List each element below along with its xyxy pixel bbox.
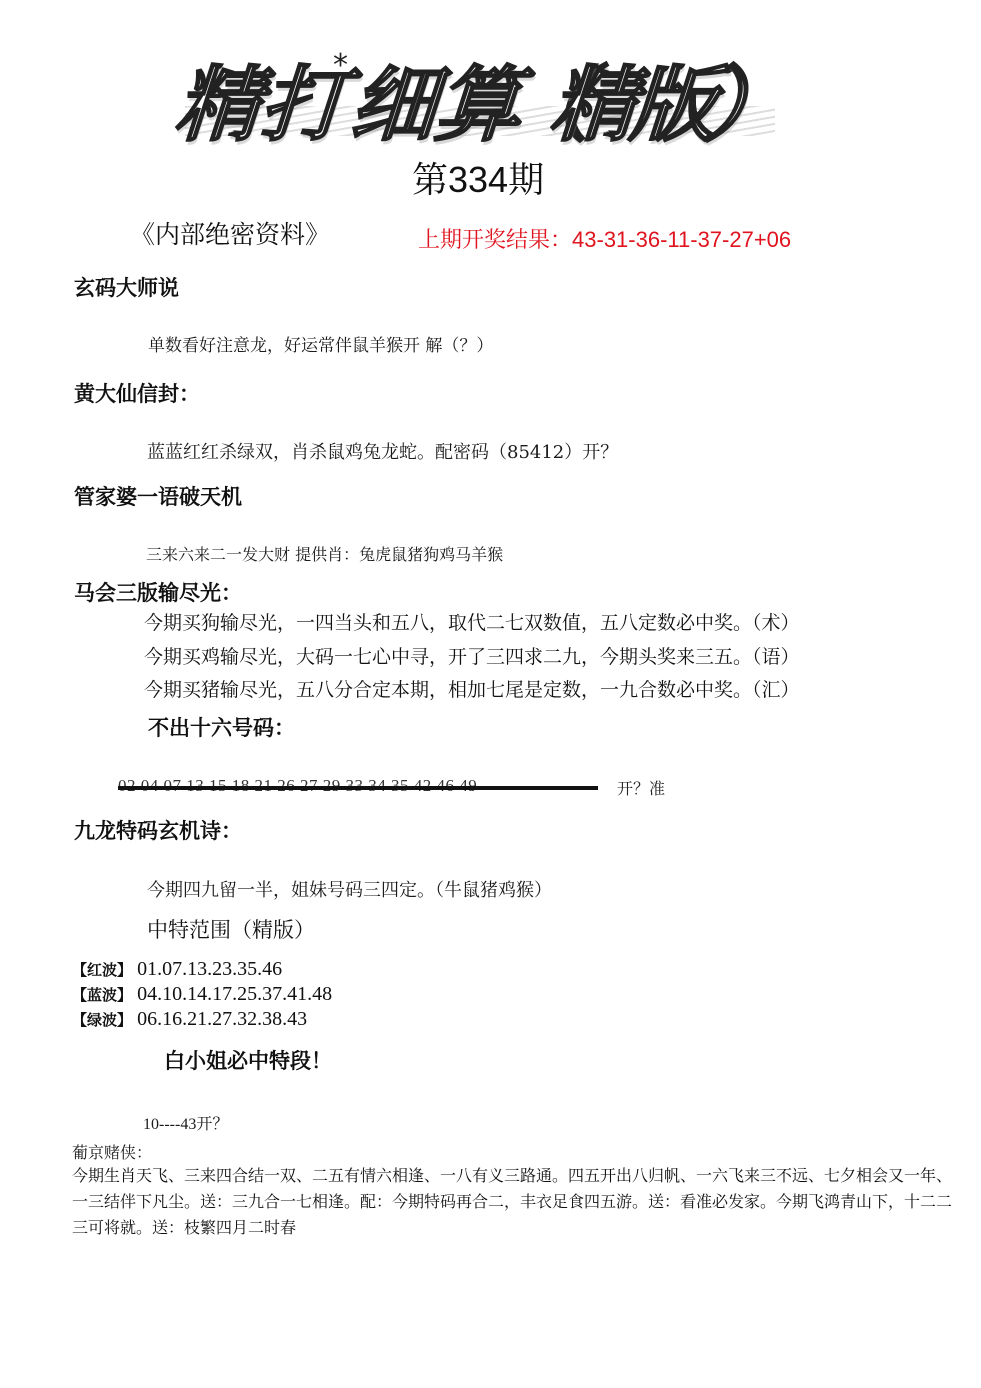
section-heading-zhongte: 中特范围（精版）: [147, 914, 315, 944]
strikethrough-line: [118, 786, 598, 790]
section-text-guanjiapo: 三来六来二一发大财 提供肖：兔虎鼠猪狗鸡马羊猴: [146, 542, 503, 565]
section-text-pujing: 今期生肖天飞、三来四合结一双、二五有情六相逢、一八有义三路通。四五开出八归帆、一…: [72, 1163, 962, 1241]
wave-row-green: 【绿波】 06.16.21.27.32.38.43: [72, 1008, 307, 1031]
subtitle: 《内部绝密资料》: [130, 215, 330, 251]
mahui-line: 今期买鸡输尽光，大码一七心中寻，开了三四求二九，今期头奖来三五。（语）: [144, 642, 800, 669]
section-heading-baixiaojie: 白小姐必中特段！: [164, 1045, 332, 1075]
section-heading-guanjiapo: 管家婆一语破天机: [74, 481, 242, 511]
last-result-numbers: 43-31-36-11-37-27+06: [572, 227, 791, 252]
wave-label: 【红波】: [72, 961, 132, 979]
last-result-label: 上期开奖结果：: [418, 227, 572, 252]
section-heading-jiulong: 九龙特码玄机诗：: [74, 815, 242, 845]
wave-row-blue: 【蓝波】 04.10.14.17.25.37.41.48: [72, 983, 332, 1006]
banner-title: 精 打 * 细 算 （ 精 版 ）: [185, 28, 785, 138]
mahui-line: 今期买猪输尽光，五八分合定本期，相加七尾是定数，一九合数必中奖。（汇）: [144, 675, 800, 702]
last-result: 上期开奖结果：43-31-36-11-37-27+06: [418, 223, 791, 254]
asterisk-icon: *: [333, 48, 348, 83]
wave-label: 【蓝波】: [72, 986, 132, 1004]
section-heading-buchu: 不出十六号码：: [148, 712, 295, 742]
wave-label: 【绿波】: [72, 1011, 132, 1029]
section-text-huangdaxian: 蓝蓝红红杀绿双，肖杀鼠鸡兔龙蛇。配密码（85412）开？: [147, 438, 618, 464]
wave-numbers: 01.07.13.23.35.46: [137, 958, 282, 980]
wave-numbers: 04.10.14.17.25.37.41.48: [137, 983, 332, 1005]
section-heading-xuanma: 玄码大师说: [74, 272, 179, 302]
section-text-xuanma: 单数看好注意龙，好运常伴鼠羊猴开 解（？）: [148, 331, 493, 356]
wave-row-red: 【红波】 01.07.13.23.35.46: [72, 958, 282, 981]
excluded-numbers-tail: 开？准: [617, 776, 665, 799]
mahui-line: 今期买狗输尽光，一四当头和五八，取代二七双数值，五八定数必中奖。（术）: [144, 608, 800, 635]
issue-number: 第334期: [412, 152, 544, 203]
section-heading-huangdaxian: 黄大仙信封：: [74, 378, 200, 408]
section-heading-pujing: 葡京赌侠：: [72, 1140, 152, 1163]
section-heading-mahui: 马会三版输尽光：: [74, 577, 242, 607]
section-text-baixiaojie: 10----43开？: [143, 1111, 228, 1134]
section-text-jiulong: 今期四九留一半，姐妹号码三四定。（牛鼠猪鸡猴）: [147, 876, 552, 902]
wave-numbers: 06.16.21.27.32.38.43: [137, 1008, 307, 1030]
